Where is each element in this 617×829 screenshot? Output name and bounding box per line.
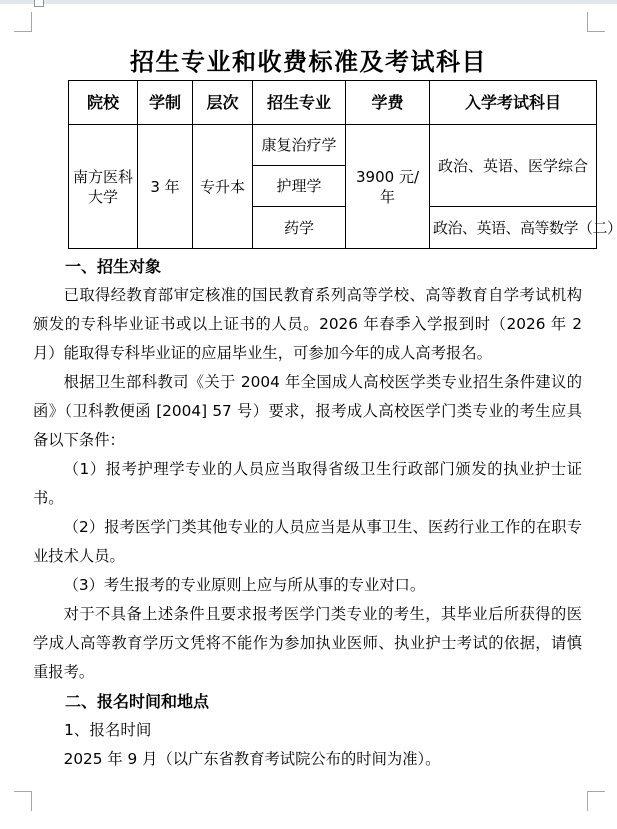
paragraph-signup-time: 2025 年 9 月（以广东省教育考试院公布的时间为准）。: [33, 745, 582, 774]
document-page: { "colors": { "page_background": "#fffff…: [0, 0, 617, 829]
column-header-exam: 入学考试科目: [430, 81, 597, 125]
margin-crop-mark-top-left: [14, 12, 32, 32]
cell-major-nursing: 护理学: [253, 166, 346, 207]
table-row: 南方医科大学 3 年 专升本 康复治疗学 3900 元/年 政治、英语、医学综合: [69, 125, 597, 166]
document-title: 招生专业和收费标准及考试科目: [0, 42, 617, 77]
admissions-fee-exam-table: 院校 学制 层次 招生专业 学费 入学考试科目 南方医科大学 3 年 专升本 康…: [68, 80, 597, 249]
margin-crop-mark-top-right: [587, 12, 605, 32]
paragraph-condition-2: （2）报考医学门类其他专业的人员应当是从事卫生、医药行业工作的在职专业技术人员。: [33, 513, 582, 571]
document-body: 一、招生对象 已取得经教育部审定核准的国民教育系列高等学校、高等教育自学考试机构…: [33, 252, 582, 774]
page-gap-strip: [0, 0, 617, 4]
section-heading-1: 一、招生对象: [33, 252, 582, 281]
margin-crop-mark-bottom-left: [14, 791, 32, 811]
column-header-major: 招生专业: [253, 81, 346, 125]
column-header-college: 院校: [69, 81, 138, 125]
page-edge-square: [34, 0, 44, 7]
cell-level: 专升本: [193, 125, 253, 249]
sub-heading-signup-time: 1、报名时间: [33, 716, 582, 745]
column-header-level: 层次: [193, 81, 253, 125]
cell-exam-math: 政治、英语、高等数学（二）: [430, 207, 597, 249]
column-header-tuition: 学费: [346, 81, 430, 125]
column-header-duration: 学制: [138, 81, 193, 125]
cell-major-rehab: 康复治疗学: [253, 125, 346, 166]
cell-exam-medical: 政治、英语、医学综合: [430, 125, 597, 207]
section-heading-2: 二、报名时间和地点: [33, 687, 582, 716]
cell-college: 南方医科大学: [69, 125, 138, 249]
paragraph-eligibility: 已取得经教育部审定核准的国民教育系列高等学校、高等教育自学考试机构颁发的专科毕业…: [33, 281, 582, 368]
table-header-row: 院校 学制 层次 招生专业 学费 入学考试科目: [69, 81, 597, 125]
paragraph-condition-1: （1）报考护理学专业的人员应当取得省级卫生行政部门颁发的执业护士证书。: [33, 455, 582, 513]
cell-tuition: 3900 元/年: [346, 125, 430, 249]
paragraph-condition-3: （3）考生报考的专业原则上应与所从事的专业对口。: [33, 571, 582, 600]
paragraph-warning: 对于不具备上述条件且要求报考医学门类专业的考生，其毕业后所获得的医学成人高等教育…: [33, 600, 582, 687]
paragraph-medical-requirements-intro: 根据卫生部科教司《关于 2004 年全国成人高校医学类专业招生条件建议的函》（卫…: [33, 368, 582, 455]
cell-major-pharmacy: 药学: [253, 207, 346, 249]
margin-crop-mark-bottom-right: [587, 791, 605, 811]
cell-duration: 3 年: [138, 125, 193, 249]
